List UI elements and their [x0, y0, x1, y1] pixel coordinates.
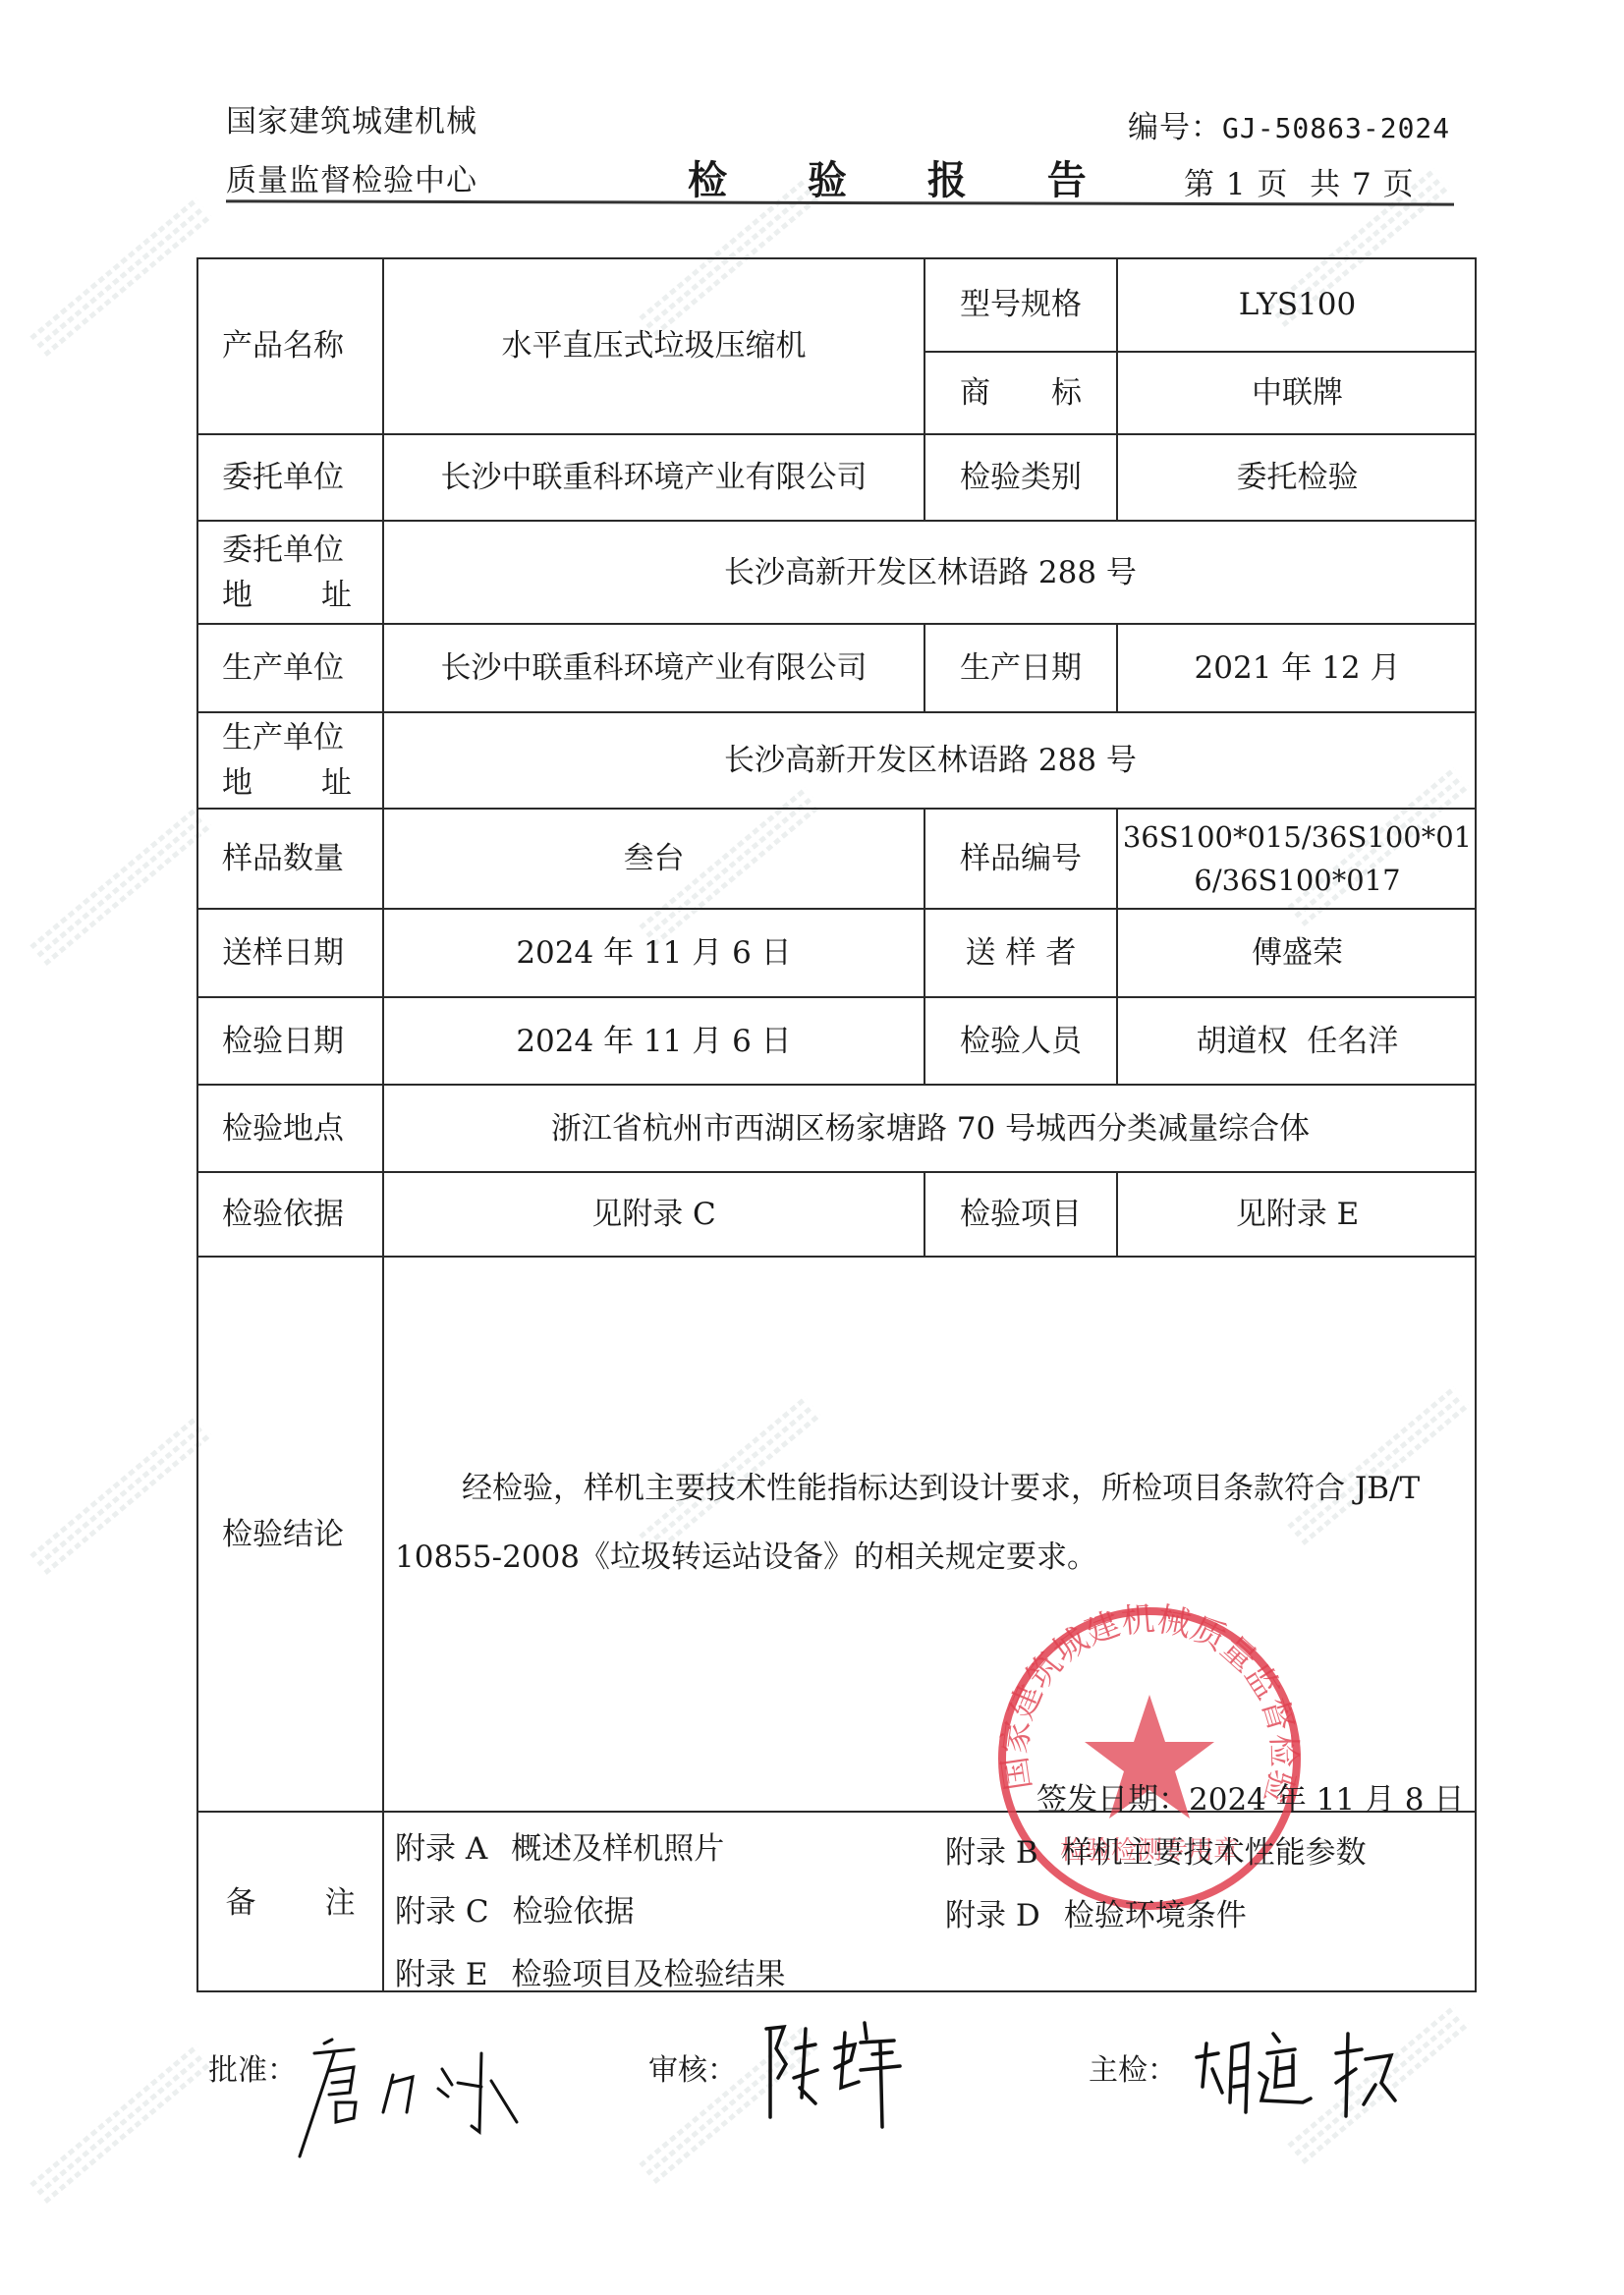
remarks-label: 备注: [198, 1813, 382, 1992]
client-label: 委托单位: [198, 435, 382, 520]
delivery-date-value: 2024 年 11 月 6 日: [384, 910, 924, 996]
manufacturer-value: 长沙中联重科环境产业有限公司: [384, 625, 924, 711]
row-divider: [196, 1256, 1477, 1258]
delivery-date-label: 送样日期: [198, 910, 382, 996]
remark-text: 检验依据: [513, 1894, 635, 1930]
model-label: 型号规格: [925, 257, 1116, 351]
remark-code: 附录 B: [945, 1835, 1038, 1871]
org-name-line2: 质量监督检验中心: [226, 155, 477, 199]
remark-code: 附录 A: [395, 1831, 487, 1867]
production-date-value: 2021 年 12 月: [1118, 625, 1477, 711]
remark-text: 概述及样机照片: [511, 1831, 724, 1867]
sample-no-label: 样品编号: [925, 810, 1116, 908]
brand-label-a: 商: [960, 370, 990, 416]
remark-item: 附录 B样机主要技术性能参数: [945, 1827, 1367, 1872]
model-value: LYS100: [1118, 257, 1477, 351]
remark-item: 附录 A概述及样机照片: [395, 1823, 724, 1868]
report-number: 编号：GJ-50863-2024: [1128, 102, 1450, 146]
inspectors-label: 检验人员: [925, 998, 1116, 1084]
remark-text: 检验项目及检验结果: [511, 1957, 785, 1992]
watermark: [26, 2040, 229, 2223]
remark-item: 附录 E检验项目及检验结果: [395, 1949, 785, 1993]
remark-code: 附录 C: [395, 1894, 489, 1930]
product-name-label: 产品名称: [198, 257, 382, 433]
basis-value: 见附录 C: [384, 1173, 924, 1256]
production-date-label: 生产日期: [925, 625, 1116, 711]
report-number-label: 编号：: [1128, 110, 1222, 145]
remark-item: 附录 D检验环境条件: [945, 1890, 1247, 1934]
sample-qty-label: 样品数量: [198, 810, 382, 908]
client-address-label-1: 委托单位: [222, 528, 344, 573]
items-value: 见附录 E: [1118, 1173, 1477, 1256]
sample-no-line2: 6/36S100*017: [1194, 859, 1400, 902]
issue-date: 签发日期：2024 年 11 月 8 日: [1036, 1774, 1464, 1819]
manufacturer-address-label-1: 生产单位: [222, 715, 344, 760]
conclusion-line2: 10855-2008《垃圾转运站设备》的相关规定要求。: [395, 1523, 1097, 1592]
inspection-type-value: 委托检验: [1118, 435, 1477, 520]
sample-qty-value: 叁台: [384, 810, 924, 908]
page-title: 检 验 报 告: [688, 149, 1120, 205]
brand-label: 商标: [925, 353, 1116, 433]
inspectors-value: 胡道权 任名洋: [1118, 998, 1477, 1084]
reviewer-signature: [756, 2009, 924, 2137]
conclusion-line1: 经检验，样机主要技术性能指标达到设计要求，所检项目条款符合 JB/T: [462, 1454, 1420, 1523]
inspection-date-value: 2024 年 11 月 6 日: [384, 998, 924, 1084]
product-name-value: 水平直压式垃圾压缩机: [384, 257, 924, 433]
client-address-label-2a: 地: [222, 573, 252, 618]
remark-code: 附录 D: [945, 1898, 1040, 1933]
sender-value: 傅盛荣: [1118, 910, 1477, 996]
brand-label-b: 标: [1051, 370, 1082, 416]
sample-no-value: 36S100*015/36S100*01 6/36S100*017: [1118, 810, 1477, 908]
location-label: 检验地点: [198, 1086, 382, 1171]
page-info: 第 1 页 共 7 页: [1184, 159, 1415, 203]
location-value: 浙江省杭州市西湖区杨家塘路 70 号城西分类减量综合体: [384, 1086, 1477, 1171]
org-name-line1: 国家建筑城建机械: [226, 96, 477, 140]
manufacturer-address-label-2a: 地: [222, 760, 252, 806]
sender-label: 送 样 者: [925, 910, 1116, 996]
review-label: 审核：: [648, 2045, 737, 2089]
items-label: 检验项目: [925, 1173, 1116, 1256]
remark-code: 附录 E: [395, 1957, 487, 1992]
basis-label: 检验依据: [198, 1173, 382, 1256]
client-address-label: 委托单位 地址: [198, 522, 382, 623]
inspection-type-label: 检验类别: [925, 435, 1116, 520]
manufacturer-address-label-2b: 址: [321, 760, 352, 806]
manufacturer-label: 生产单位: [198, 625, 382, 711]
remarks-label-b: 注: [325, 1880, 356, 1926]
conclusion-label: 检验结论: [198, 1258, 382, 1811]
report-number-value: GJ-50863-2024: [1222, 112, 1450, 144]
remark-text: 检验环境条件: [1064, 1898, 1247, 1933]
sample-no-line1: 36S100*015/36S100*01: [1123, 815, 1472, 859]
approver-signature: [285, 2024, 540, 2161]
brand-value: 中联牌: [1118, 353, 1477, 433]
manufacturer-address-label: 生产单位 地址: [198, 713, 382, 808]
remarks-label-a: 备: [226, 1880, 256, 1926]
remark-text: 样机主要技术性能参数: [1062, 1835, 1367, 1871]
approve-label: 批准：: [208, 2045, 297, 2089]
chief-inspector-signature: [1189, 2014, 1434, 2122]
inspection-date-label: 检验日期: [198, 998, 382, 1084]
remark-item: 附录 C检验依据: [395, 1886, 635, 1931]
chief-inspector-label: 主检：: [1089, 2045, 1177, 2089]
client-address-value: 长沙高新开发区林语路 288 号: [384, 522, 1477, 623]
manufacturer-address-value: 长沙高新开发区林语路 288 号: [384, 713, 1477, 808]
client-value: 长沙中联重科环境产业有限公司: [384, 435, 924, 520]
client-address-label-2b: 址: [321, 573, 352, 618]
